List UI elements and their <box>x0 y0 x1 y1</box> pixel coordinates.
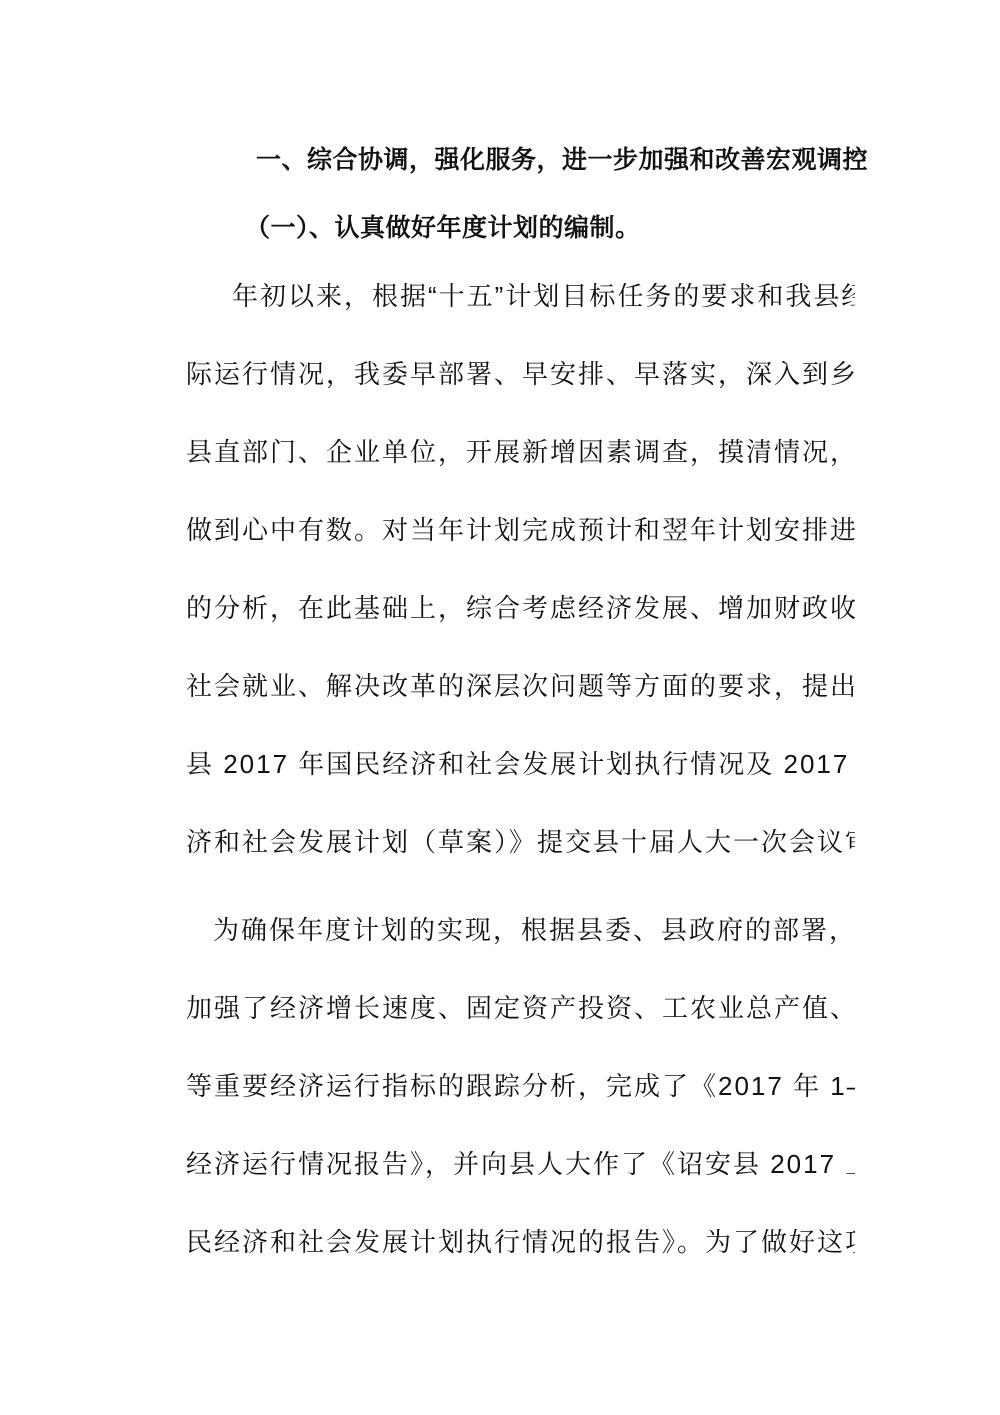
paragraph-line: 民经济和社会发展计划执行情况的报告》。为了做好这项工作， <box>186 1203 855 1281</box>
body-paragraph: 为确保年度计划的实现，根据县委、县政府的部署，我们重点 加强了经济增长速度、固定… <box>186 891 855 1281</box>
paragraph-line: 等重要经济运行指标的跟踪分析，完成了《2017 年 1—4 月份 <box>186 1047 855 1125</box>
paragraph-line: 经济运行情况报告》，并向县人大作了《诏安县 2017 上半年国 <box>186 1125 855 1203</box>
paragraph-line: 加强了经济增长速度、固定资产投资、工农业总产值、居民消费 <box>186 969 855 1047</box>
paragraph-line: 的分析，在此基础上，综合考虑经济发展、增加财政收入、扩大 <box>186 569 855 647</box>
document-content: 一、综合协调，强化服务，进一步加强和改善宏观调控 （一）、认真做好年度计划的编制… <box>186 0 855 1281</box>
subsection-heading: （一）、认真做好年度计划的编制。 <box>186 194 855 262</box>
paragraph-line: 社会就业、解决改革的深层次问题等方面的要求，提出了《诏安 <box>186 647 855 725</box>
paragraph-line: 济和社会发展计划（草案）》提交县十届人大一次会议审议。 <box>186 803 855 881</box>
body-paragraph: 年初以来，根据“十五”计划目标任务的要求和我县经济实 际运行情况，我委早部署、早… <box>186 257 855 881</box>
paragraph-line: 年初以来，根据“十五”计划目标任务的要求和我县经济实 <box>186 257 855 335</box>
paragraph-line: 为确保年度计划的实现，根据县委、县政府的部署，我们重点 <box>186 891 855 969</box>
paragraph-line: 做到心中有数。对当年计划完成预计和翌年计划安排进行了深入 <box>186 491 855 569</box>
document-page: 一、综合协调，强化服务，进一步加强和改善宏观调控 （一）、认真做好年度计划的编制… <box>0 0 1000 1415</box>
section-heading: 一、综合协调，强化服务，进一步加强和改善宏观调控 <box>186 126 855 194</box>
paragraph-line: 县 2017 年国民经济和社会发展计划执行情况及 2017 年国民经 <box>186 725 855 803</box>
paragraph-line: 际运行情况，我委早部署、早安排、早落实，深入到乡（镇）、 <box>186 335 855 413</box>
paragraph-line: 县直部门、企业单位，开展新增因素调查，摸清情况，掌握实情， <box>186 413 855 491</box>
